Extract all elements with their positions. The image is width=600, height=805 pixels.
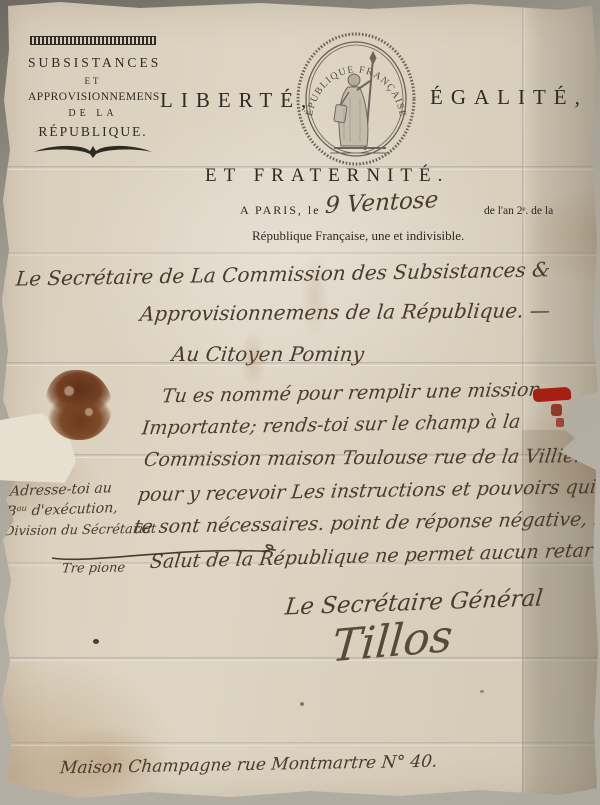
dateline-republic: République Française, une et indivisible… xyxy=(252,228,464,244)
stain-speck xyxy=(93,639,99,644)
wax-seal-remnant-left xyxy=(46,370,112,440)
fold-crease xyxy=(0,657,600,661)
stain xyxy=(240,330,266,390)
margin-note: Bᵃᵘ d'exécution, xyxy=(5,500,118,520)
wax-seal-remnant-right xyxy=(551,404,562,416)
margin-note: Adresse-toi au xyxy=(9,480,112,500)
wax-seal-remnant-right xyxy=(533,387,572,403)
letterhead-line: APPROVISIONNEMENS xyxy=(28,91,158,103)
photo-background: SUBSISTANCES ET APPROVISIONNEMENS DE LA … xyxy=(0,0,600,805)
handwritten-line: Tu es nommé pour remplir une mission xyxy=(161,379,542,408)
margin-note: Division du Sécrétariat xyxy=(3,522,156,540)
dateline-handwritten-date: 9 Ventose xyxy=(324,187,439,219)
handwritten-line: Approvisionnemens de la République. — xyxy=(139,298,551,326)
letterhead-line: DE LA xyxy=(28,108,158,119)
dateline-city: A PARIS, le xyxy=(240,203,321,218)
fold-crease xyxy=(0,252,600,256)
stain xyxy=(300,250,330,340)
dateline-year: de l'an 2ᵉ. de la xyxy=(484,205,553,217)
letterhead-box: SUBSISTANCES ET APPROVISIONNEMENS DE LA … xyxy=(28,36,158,163)
stain-speck xyxy=(300,702,304,706)
letterhead-rule-icon xyxy=(30,36,156,45)
fold-crease xyxy=(0,742,600,746)
margin-note: Tre pione xyxy=(61,560,125,576)
salutation-line: Au Citoyen Pominy xyxy=(171,342,366,366)
footer-address: Maison Champagne rue Montmartre N° 40. xyxy=(59,752,438,779)
signature-name: Tillos xyxy=(330,610,455,672)
motto-egalite: ÉGALITÉ, xyxy=(430,85,588,110)
handwritten-line: Importante; rends-toi sur le champ à la xyxy=(141,411,522,440)
motto-fraternite: ET FRATERNITÉ. xyxy=(205,165,449,187)
motto-liberte: LIBERTÉ, xyxy=(160,88,314,113)
handwritten-line: Commission maison Toulouse rue de la Vil… xyxy=(143,445,597,471)
handwritten-line: Le Secrétaire de La Commission des Subsi… xyxy=(15,257,551,290)
bracket-ornament-icon xyxy=(32,142,154,158)
letterhead-line: SUBSISTANCES xyxy=(28,55,158,71)
wax-seal-remnant-right xyxy=(556,418,564,427)
letterhead-line: RÉPUBLIQUE. xyxy=(28,124,158,140)
stain-speck xyxy=(480,690,484,693)
letterhead-line: ET xyxy=(28,76,158,86)
